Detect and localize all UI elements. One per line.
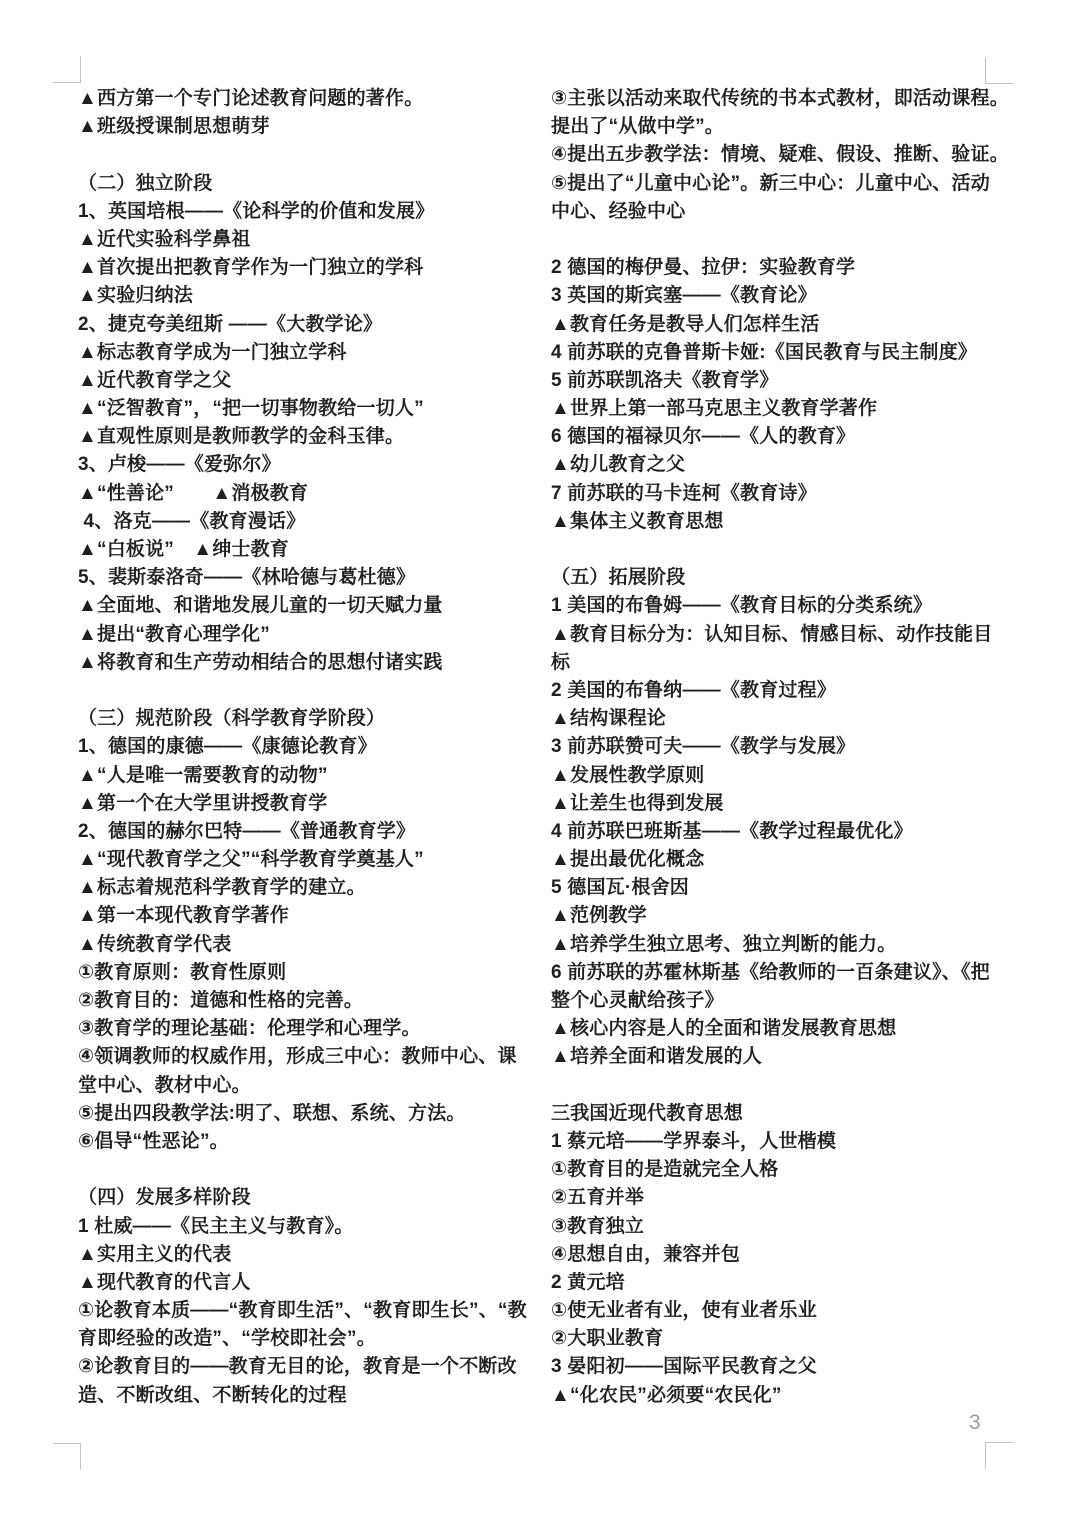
text-line: 3、卢梭——《爱弥尔》 — [78, 451, 530, 479]
text-line: ▲教育任务是教导人们怎样生活 — [551, 311, 1019, 339]
document-page: ▲西方第一个专门论述教育问题的著作。 ▲班级授课制思想萌芽 （二）独立阶段 1、… — [0, 0, 1080, 1531]
text-line: 2 黄元培 — [551, 1269, 1019, 1297]
text-line — [551, 536, 1019, 564]
left-column: ▲西方第一个专门论述教育问题的著作。 ▲班级授课制思想萌芽 （二）独立阶段 1、… — [78, 85, 530, 1410]
text-line: 2 德国的梅伊曼、拉伊：实验教育学 — [551, 254, 1019, 282]
text-line: ▲核心内容是人的全面和谐发展教育思想 — [551, 1015, 1019, 1043]
text-line: 5、裴斯泰洛奇——《林哈德与葛杜德》 — [78, 564, 530, 592]
text-line: ▲提出“教育心理学化” — [78, 621, 530, 649]
text-line: 3 晏阳初——国际平民教育之父 — [551, 1353, 1019, 1381]
text-line: 堂中心、教材中心。 — [78, 1072, 530, 1100]
text-line: 4 前苏联的克鲁普斯卡娅:《国民教育与民主制度》 — [551, 339, 1019, 367]
text-line: ▲全面地、和谐地发展儿童的一切天赋力量 — [78, 592, 530, 620]
text-line: ▲世界上第一部马克思主义教育学著作 — [551, 395, 1019, 423]
text-line: ▲发展性教学原则 — [551, 762, 1019, 790]
text-line: ▲范例教学 — [551, 902, 1019, 930]
text-line — [78, 141, 530, 169]
text-line: 标 — [551, 649, 1019, 677]
right-column: ③主张以活动来取代传统的书本式教材，即活动课程。 提出了“从做中学”。 ④提出五… — [551, 85, 1019, 1410]
text-line: 整个心灵献给孩子》 — [551, 987, 1019, 1015]
text-line: 1 蔡元培——学界泰斗，人世楷模 — [551, 1128, 1019, 1156]
text-line: ①教育目的是造就完全人格 — [551, 1156, 1019, 1184]
text-line: 育即经验的改造”、“学校即社会”。 — [78, 1325, 530, 1353]
text-line: （五）拓展阶段 — [551, 564, 1019, 592]
text-line: 2 美国的布鲁纳——《教育过程》 — [551, 677, 1019, 705]
text-line: 3 前苏联赞可夫——《教学与发展》 — [551, 733, 1019, 761]
text-line: ▲标志教育学成为一门独立学科 — [78, 339, 530, 367]
text-line: 6 前苏联的苏霍林斯基《给教师的一百条建议》、《把 — [551, 959, 1019, 987]
text-line: （四）发展多样阶段 — [78, 1184, 530, 1212]
text-line: ▲首次提出把教育学作为一门独立的学科 — [78, 254, 530, 282]
text-line: ▲“性善论” ▲消极教育 — [78, 480, 530, 508]
text-line: ▲将教育和生产劳动相结合的思想付诸实践 — [78, 649, 530, 677]
text-line: ④思想自由，兼容并包 — [551, 1241, 1019, 1269]
text-line: ▲“现代教育学之父”“科学教育学奠基人” — [78, 846, 530, 874]
text-line: 中心、经验中心 — [551, 198, 1019, 226]
crop-mark-top-right-icon — [985, 57, 1013, 84]
text-line: 3 英国的斯宾塞——《教育论》 — [551, 282, 1019, 310]
text-line: ▲第一本现代教育学著作 — [78, 902, 530, 930]
text-line: ▲幼儿教育之父 — [551, 451, 1019, 479]
text-line: ③教育学的理论基础：伦理学和心理学。 — [78, 1015, 530, 1043]
text-line: ▲现代教育的代言人 — [78, 1269, 530, 1297]
text-line: ▲培养全面和谐发展的人 — [551, 1043, 1019, 1071]
text-line: ①使无业者有业，使有业者乐业 — [551, 1297, 1019, 1325]
text-line: 造、不断改组、不断转化的过程 — [78, 1382, 530, 1410]
text-line: ▲传统教育学代表 — [78, 931, 530, 959]
text-line: ▲教育目标分为：认知目标、情感目标、动作技能目 — [551, 621, 1019, 649]
text-line: ⑥倡导“性恶论”。 — [78, 1128, 530, 1156]
text-line: ▲实验归纳法 — [78, 282, 530, 310]
text-line: ▲西方第一个专门论述教育问题的著作。 — [78, 85, 530, 113]
text-line: ⑤提出了“儿童中心论”。新三中心：儿童中心、活动 — [551, 170, 1019, 198]
text-line: （二）独立阶段 — [78, 170, 530, 198]
crop-mark-bottom-right-icon — [985, 1442, 1013, 1469]
text-line: 2、德国的赫尔巴特——《普通教育学》 — [78, 818, 530, 846]
text-line: ▲第一个在大学里讲授教育学 — [78, 790, 530, 818]
text-line: ②教育目的：道德和性格的完善。 — [78, 987, 530, 1015]
text-line: ▲集体主义教育思想 — [551, 508, 1019, 536]
text-line: ▲近代教育学之父 — [78, 367, 530, 395]
text-line: ▲“化农民”必须要“农民化” — [551, 1382, 1019, 1410]
text-line: （三）规范阶段（科学教育学阶段） — [78, 705, 530, 733]
text-line: 6 德国的福禄贝尔——《人的教育》 — [551, 423, 1019, 451]
text-line: ④领调教师的权威作用，形成三中心：教师中心、课 — [78, 1043, 530, 1071]
text-line: 5 德国瓦·根舍因 — [551, 874, 1019, 902]
text-line: 1、德国的康德——《康德论教育》 — [78, 733, 530, 761]
text-line: ▲让差生也得到发展 — [551, 790, 1019, 818]
text-line: 1、英国培根——《论科学的价值和发展》 — [78, 198, 530, 226]
text-line — [78, 677, 530, 705]
crop-mark-top-left-icon — [53, 56, 81, 83]
text-line — [551, 226, 1019, 254]
text-line: ④提出五步教学法：情境、疑难、假设、推断、验证。 — [551, 141, 1019, 169]
text-line: ②大职业教育 — [551, 1325, 1019, 1353]
text-line: ▲近代实验科学鼻祖 — [78, 226, 530, 254]
text-line: 7 前苏联的马卡连柯《教育诗》 — [551, 480, 1019, 508]
text-line: 4、洛克——《教育漫话》 — [78, 508, 530, 536]
text-line: ②论教育目的——教育无目的论，教育是一个不断改 — [78, 1353, 530, 1381]
crop-mark-bottom-left-icon — [53, 1443, 81, 1470]
text-line: ▲标志着规范科学教育学的建立。 — [78, 874, 530, 902]
text-line: ▲培养学生独立思考、独立判断的能力。 — [551, 931, 1019, 959]
text-line: ▲“白板说” ▲绅士教育 — [78, 536, 530, 564]
text-line: ⑤提出四段教学法:明了、联想、系统、方法。 — [78, 1100, 530, 1128]
text-line: 2、捷克夸美纽斯 ——《大教学论》 — [78, 311, 530, 339]
text-line: ▲实用主义的代表 — [78, 1241, 530, 1269]
text-line: 提出了“从做中学”。 — [551, 113, 1019, 141]
text-line — [78, 1156, 530, 1184]
text-line: ①论教育本质——“教育即生活”、“教育即生长”、“教 — [78, 1297, 530, 1325]
text-line: ▲班级授课制思想萌芽 — [78, 113, 530, 141]
text-line: 1 杜威——《民主主义与教育》。 — [78, 1213, 530, 1241]
text-line: ②五育并举 — [551, 1184, 1019, 1212]
text-line: ▲直观性原则是教师教学的金科玉律。 — [78, 423, 530, 451]
text-line: 5 前苏联凯洛夫《教育学》 — [551, 367, 1019, 395]
text-line: ▲“人是唯一需要教育的动物” — [78, 762, 530, 790]
text-line: ▲提出最优化概念 — [551, 846, 1019, 874]
text-line: 4 前苏联巴班斯基——《教学过程最优化》 — [551, 818, 1019, 846]
text-line: ▲“泛智教育”，“把一切事物教给一切人” — [78, 395, 530, 423]
text-line: 1 美国的布鲁姆——《教育目标的分类系统》 — [551, 592, 1019, 620]
text-line: ③教育独立 — [551, 1213, 1019, 1241]
text-line: ③主张以活动来取代传统的书本式教材，即活动课程。 — [551, 85, 1019, 113]
text-line: ①教育原则：教育性原则 — [78, 959, 530, 987]
text-line: ▲结构课程论 — [551, 705, 1019, 733]
text-line: 三我国近现代教育思想 — [551, 1100, 1019, 1128]
page-number: 3 — [969, 1411, 981, 1435]
text-line — [551, 1072, 1019, 1100]
